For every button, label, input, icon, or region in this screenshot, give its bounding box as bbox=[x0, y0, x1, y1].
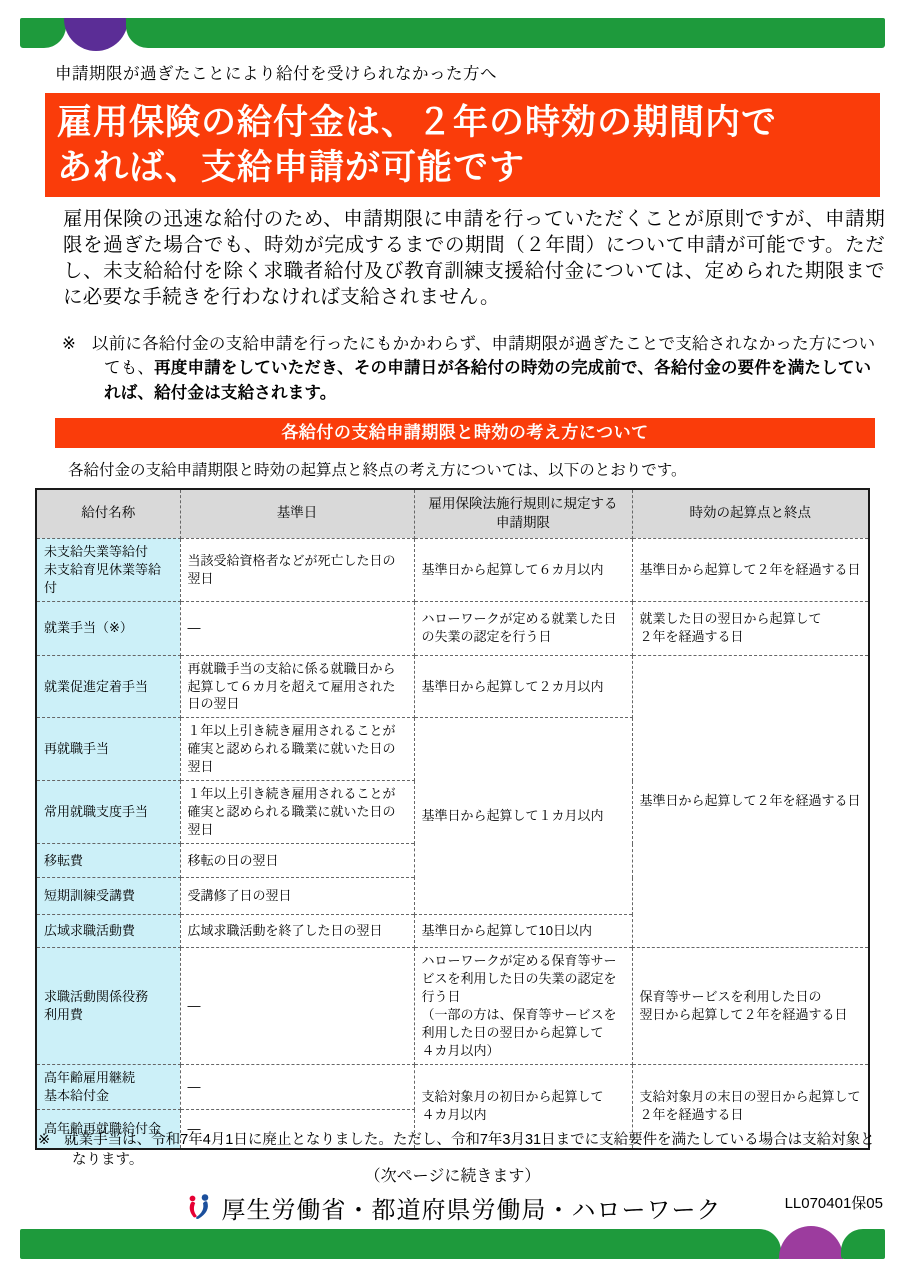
table-row: 就業手当（※） — ハローワークが定める就業した日 の失業の認定を行う日 就業し… bbox=[36, 601, 869, 655]
benefits-table: 給付名称 基準日 雇用保険法施行規則に規定する 申請期限 時効の起算点と終点 未… bbox=[35, 488, 870, 1150]
deadline-cell: 基準日から起算して10日以内 bbox=[414, 915, 632, 948]
header-base-date: 基準日 bbox=[180, 489, 414, 538]
section-header-bar: 各給付の支給申請期限と時効の考え方について bbox=[55, 418, 875, 448]
header-benefit-name: 給付名称 bbox=[36, 489, 180, 538]
page-title: 雇用保険の給付金は、２年の時効の期間内で あれば、支給申請が可能です bbox=[57, 100, 777, 191]
purple-arch-up bbox=[779, 1226, 843, 1259]
benefit-name-cell: 再就職手当 bbox=[36, 718, 180, 781]
deadline-cell: 基準日から起算して６カ月以内 bbox=[414, 538, 632, 601]
prescription-cell-merged: 基準日から起算して２年を経過する日 bbox=[632, 655, 869, 947]
deadline-cell: ハローワークが定める就業した日 の失業の認定を行う日 bbox=[414, 601, 632, 655]
green-bar-left bbox=[20, 18, 66, 48]
deadline-cell: ハローワークが定める保育等サービスを利用した日の失業の認定を行う日 （一部の方は… bbox=[414, 948, 632, 1065]
benefit-name-cell: 移転費 bbox=[36, 844, 180, 878]
purple-arch-down bbox=[64, 18, 128, 51]
base-date-cell: — bbox=[180, 948, 414, 1065]
table-row: 就業促進定着手当 再就職手当の支給に係る就職日から起算して６カ月を超えて雇用され… bbox=[36, 655, 869, 718]
base-date-cell: １年以上引き続き雇用されることが確実と認められる職業に就いた日の翌日 bbox=[180, 781, 414, 844]
note-text-bold: 再度申請をしていただき、その申請日が各給付の時効の完成前で、各給付金の要件を満た… bbox=[104, 359, 871, 401]
green-bar-main bbox=[20, 1229, 781, 1259]
base-date-cell: — bbox=[180, 1064, 414, 1109]
prescription-cell: 保育等サービスを利用した日の 翌日から起算して２年を経過する日 bbox=[632, 948, 869, 1065]
benefit-name-cell: 就業促進定着手当 bbox=[36, 655, 180, 718]
body-paragraph: 雇用保険の迅速な給付のため、申請期限に申請を行っていただくことが原則ですが、申請… bbox=[63, 206, 885, 311]
table-row: 求職活動関係役務 利用費 — ハローワークが定める保育等サービスを利用した日の失… bbox=[36, 948, 869, 1065]
benefit-name-cell: 常用就職支度手当 bbox=[36, 781, 180, 844]
base-date-cell: 広域求職活動を終了した日の翌日 bbox=[180, 915, 414, 948]
continues-note: （次ページに続きます） bbox=[0, 1163, 905, 1186]
base-date-cell: — bbox=[180, 601, 414, 655]
bottom-decoration-band bbox=[20, 1226, 885, 1262]
benefit-name-cell: 高年齢雇用継続 基本給付金 bbox=[36, 1064, 180, 1109]
audience-label: 申請期限が過ぎたことにより給付を受けられなかった方へ bbox=[55, 60, 497, 84]
title-banner: 雇用保険の給付金は、２年の時効の期間内で あれば、支給申請が可能です bbox=[45, 93, 880, 197]
green-bar-right bbox=[841, 1229, 885, 1259]
table-intro-text: 各給付金の支給申請期限と時効の起算点と終点の考え方については、以下のとおりです。 bbox=[68, 458, 686, 480]
header-prescription: 時効の起算点と終点 bbox=[632, 489, 869, 538]
base-date-cell: 移転の日の翌日 bbox=[180, 844, 414, 878]
table-header-row: 給付名称 基準日 雇用保険法施行規則に規定する 申請期限 時効の起算点と終点 bbox=[36, 489, 869, 538]
mhlw-logo-icon bbox=[184, 1192, 214, 1222]
base-date-cell: １年以上引き続き雇用されることが確実と認められる職業に就いた日の翌日 bbox=[180, 718, 414, 781]
benefit-name-cell: 就業手当（※） bbox=[36, 601, 180, 655]
green-bar-main bbox=[126, 18, 885, 48]
benefit-name-cell: 短期訓練受講費 bbox=[36, 878, 180, 915]
prescription-cell: 就業した日の翌日から起算して ２年を経過する日 bbox=[632, 601, 869, 655]
benefit-name-cell: 広域求職活動費 bbox=[36, 915, 180, 948]
prescription-cell: 基準日から起算して２年を経過する日 bbox=[632, 538, 869, 601]
document-page: 申請期限が過ぎたことにより給付を受けられなかった方へ 雇用保険の給付金は、２年の… bbox=[0, 0, 905, 1280]
base-date-cell: 再就職手当の支給に係る就職日から起算して６カ月を超えて雇用された日の翌日 bbox=[180, 655, 414, 718]
note-marker: ※ bbox=[62, 335, 76, 353]
table-row: 未支給失業等給付 未支給育児休業等給付 当該受給資格者などが死亡した日の翌日 基… bbox=[36, 538, 869, 601]
footer-organization: 厚生労働省・都道府県労働局・ハローワーク bbox=[222, 1190, 722, 1225]
reapplication-note: ※以前に各給付金の支給申請を行ったにもかかわらず、申請期限が過ぎたことで支給され… bbox=[62, 332, 880, 405]
footer: 厚生労働省・都道府県労働局・ハローワーク LL070401保05 bbox=[0, 1190, 905, 1224]
document-code: LL070401保05 bbox=[785, 1192, 883, 1213]
base-date-cell: 受講修了日の翌日 bbox=[180, 878, 414, 915]
deadline-cell-merged: 基準日から起算して１カ月以内 bbox=[414, 718, 632, 915]
benefit-name-cell: 求職活動関係役務 利用費 bbox=[36, 948, 180, 1065]
benefit-name-cell: 未支給失業等給付 未支給育児休業等給付 bbox=[36, 538, 180, 601]
header-deadline: 雇用保険法施行規則に規定する 申請期限 bbox=[414, 489, 632, 538]
top-decoration-band bbox=[20, 18, 885, 54]
table-row: 高年齢雇用継続 基本給付金 — 支給対象月の初日から起算して ４カ月以内 支給対… bbox=[36, 1064, 869, 1109]
deadline-cell: 基準日から起算して２カ月以内 bbox=[414, 655, 632, 718]
footnote-marker: ※ bbox=[38, 1132, 50, 1148]
base-date-cell: 当該受給資格者などが死亡した日の翌日 bbox=[180, 538, 414, 601]
